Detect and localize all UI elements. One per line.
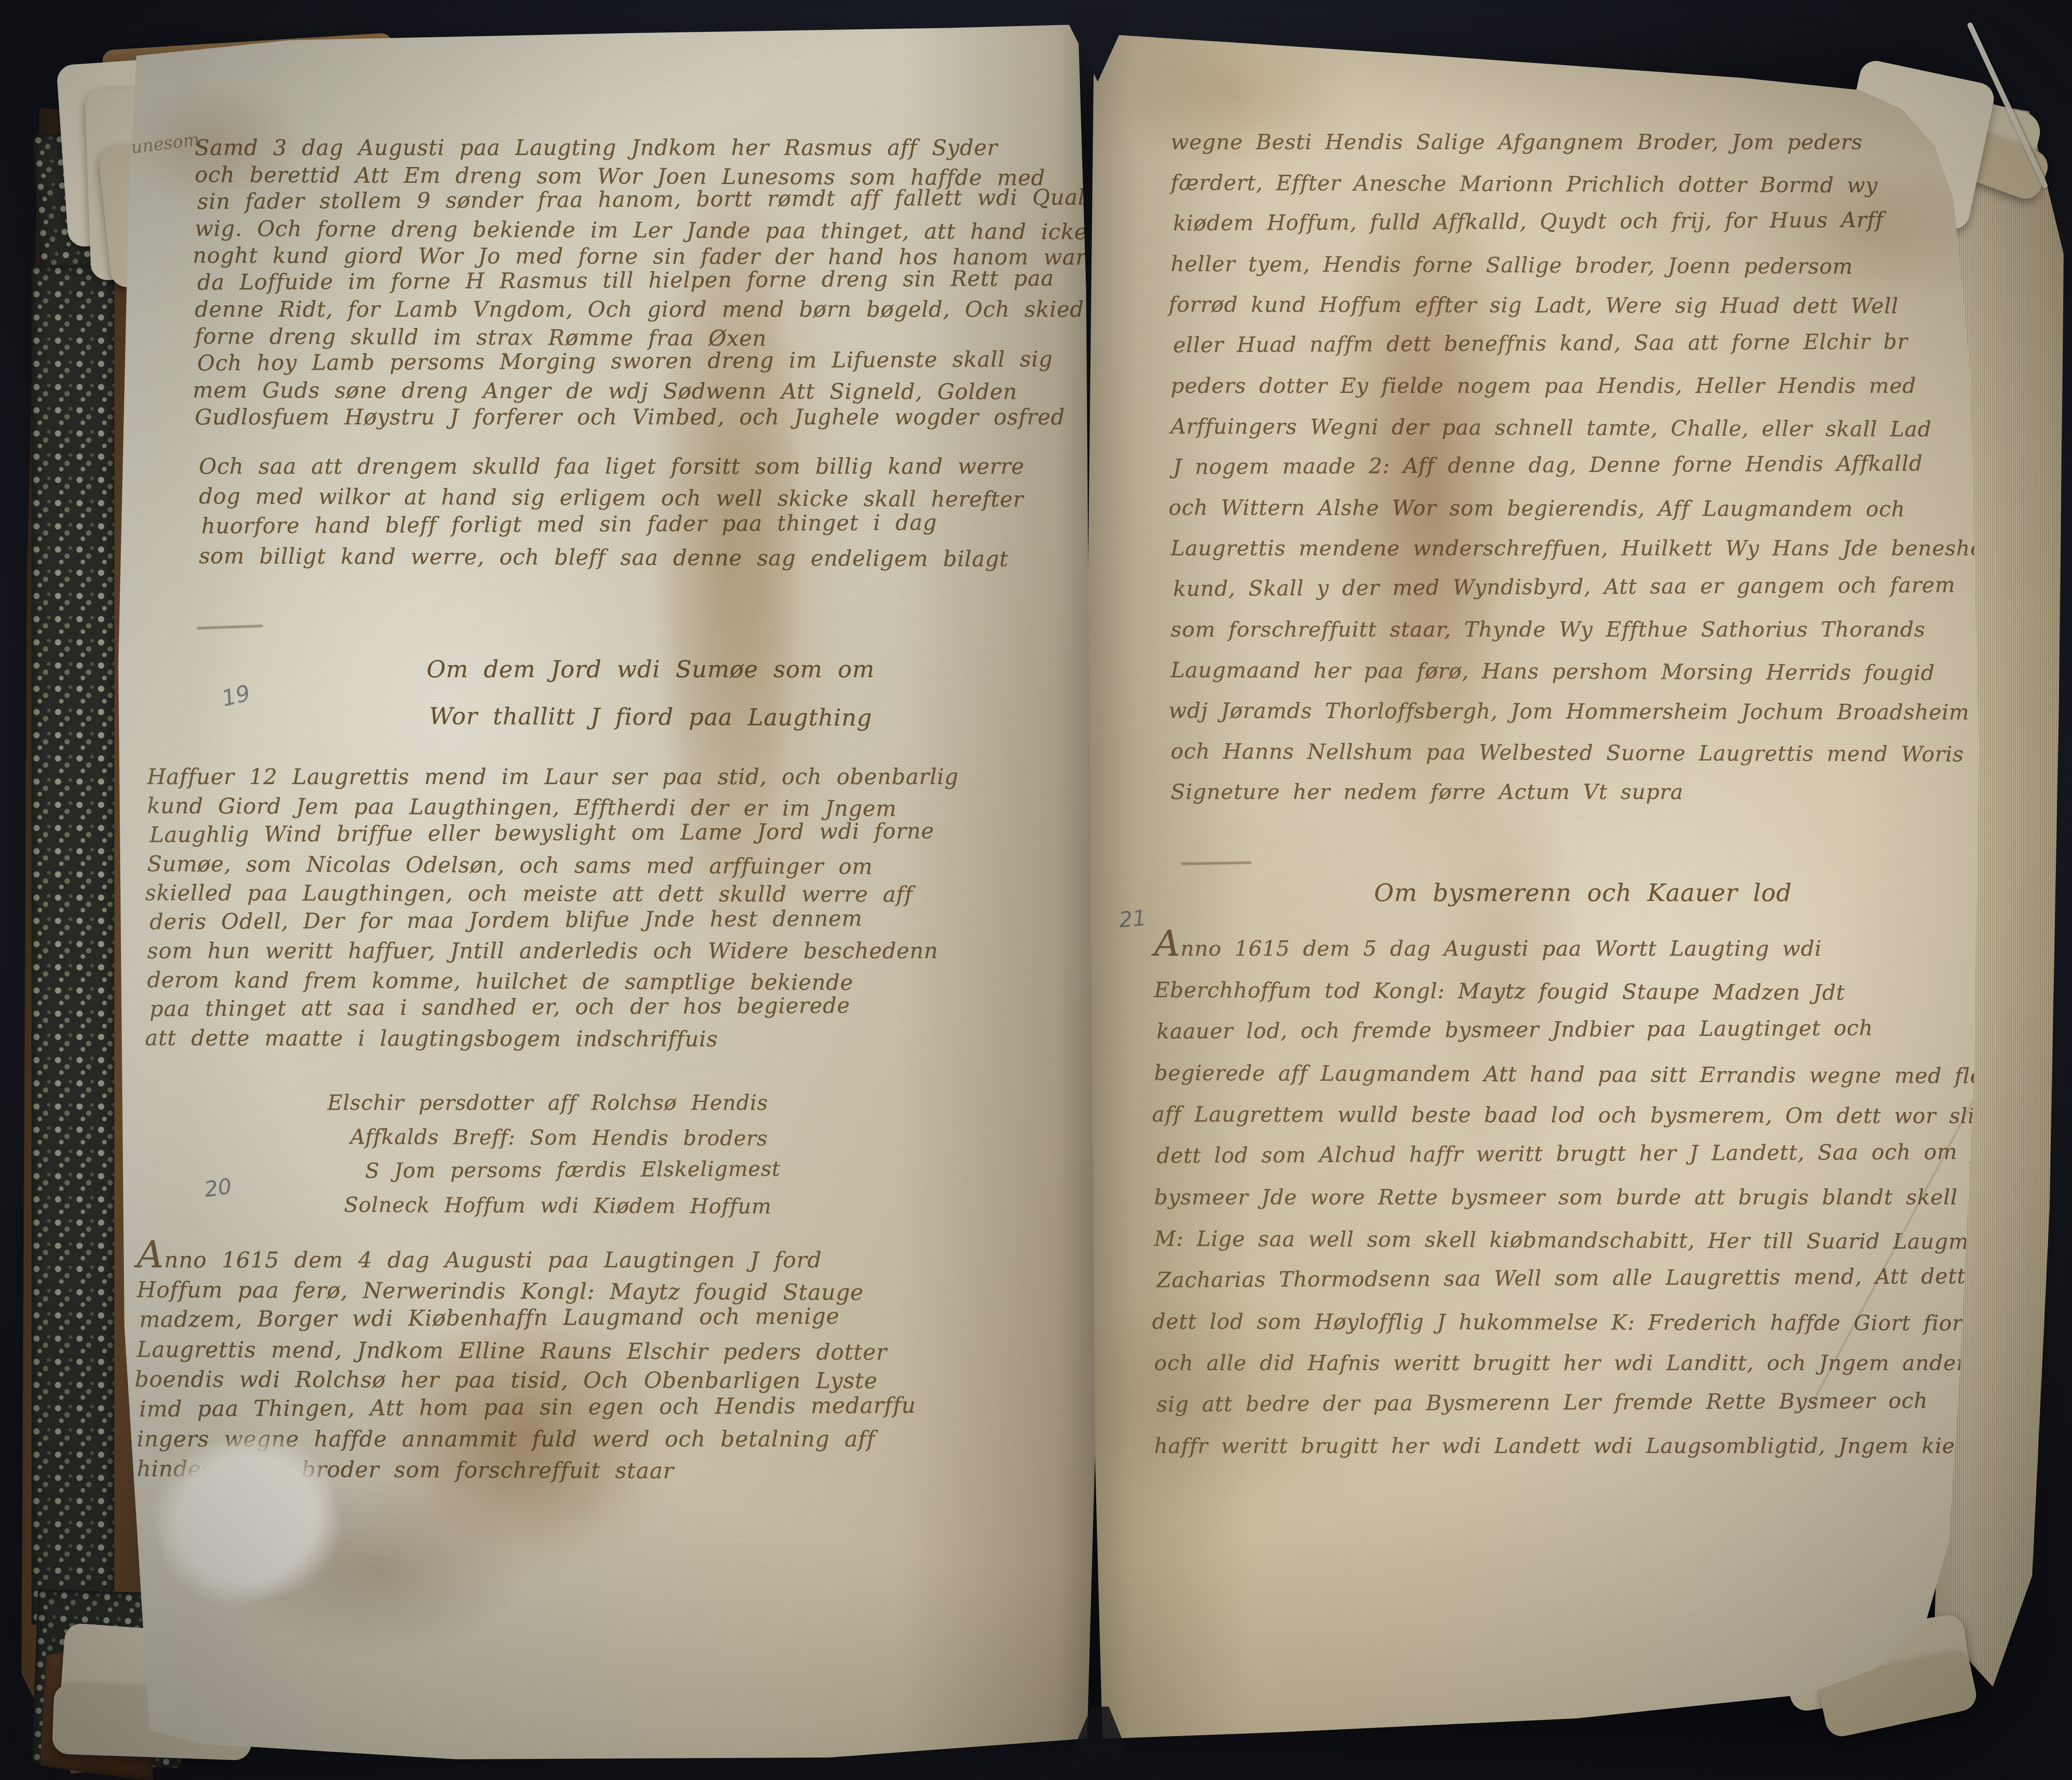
manuscript-line: wdj Jøramds Thorloffsbergh, Jom Hommersh… — [1169, 691, 1964, 733]
manuscript-line: Och saa att drengem skulld faa liget for… — [199, 452, 1065, 482]
pencil-entry-number: 21 — [1118, 906, 1147, 933]
manuscript-line: bysmeer Jde wore Rette bysmeer som burde… — [1154, 1177, 1983, 1218]
manuscript-line: Wor thallitt J fiord paa Laugthing — [327, 693, 974, 742]
manuscript-line: paa thinget att saa i sandhed er, och de… — [150, 990, 1061, 1024]
manuscript-line: sig att bedre der paa Bysmerenn Ler frem… — [1157, 1380, 1985, 1426]
manuscript-anno-paragraph: Anno 1615 dem 4 dag Augusti paa Laugting… — [137, 1239, 1086, 1484]
manuscript-paragraph: Haffuer 12 Laugrettis mend im Laur ser p… — [147, 763, 1059, 1053]
manuscript-line: dett lod som Høylofflig J hukommelse K: … — [1152, 1301, 1981, 1344]
manuscript-line: imd paa Thingen, Att hom paa sin egen oc… — [139, 1390, 1088, 1424]
pencil-entry-number: 19 — [219, 680, 253, 712]
manuscript-line: dett lod som Alchud haffr weritt brugtt … — [1157, 1131, 1985, 1177]
manuscript-line: och alle did Hafnis weritt brugitt her w… — [1154, 1343, 1983, 1384]
manuscript-line: Laugrettis mend, Jndkom Elline Rauns Els… — [137, 1335, 1086, 1368]
manuscript-line: Affkalds Breff: Som Hendis broders — [350, 1120, 957, 1156]
ink-divider-stroke — [1181, 862, 1251, 865]
manuscript-line: och Wittern Alshe Wor som begierendis, A… — [1169, 488, 1964, 530]
manuscript-line: Signeture her nedem førre Actum Vt supra — [1171, 772, 1966, 813]
manuscript-line: Laughlig Wind briffue eller bewyslight o… — [150, 816, 1061, 850]
manuscript-line: Zacharias Thormodsenn saa Well som alle … — [1157, 1256, 1985, 1301]
manuscript-line: och Hanns Nellshum paa Welbested Suorne … — [1171, 731, 1966, 775]
manuscript-line: Gudlosfuem Høystru J forferer och Vimbed… — [195, 404, 1065, 431]
pencil-entry-number: 20 — [203, 1174, 233, 1203]
manuscript-paragraph: Och saa att drengem skulld faa liget for… — [199, 452, 1065, 571]
manuscript-line: som forschreffuitt staar, Thynde Wy Efft… — [1171, 610, 1966, 650]
manuscript-line: Solneck Hoffum wdi Kiødem Hoffum — [344, 1188, 957, 1224]
manuscript-line: eller Huad naffm dett beneffnis kand, Sa… — [1173, 322, 1969, 366]
manuscript-line: som billigt kand werre, och bleff saa de… — [199, 541, 1065, 574]
manuscript-line: hindes kiere broder som forschreffuit st… — [137, 1454, 1086, 1488]
left-page: Lunesom 19 20 Samd 3 dag Augusti paa Lau… — [95, 23, 1098, 1759]
manuscript-line: kaauer lod, och fremde bysmeer Jndbier p… — [1157, 1007, 1985, 1053]
manuscript-line: att dette maatte i laugtingsbogem indsch… — [145, 1024, 1057, 1055]
entry-heading: Om bysmerenn och Kaauer lod — [1218, 879, 1948, 907]
manuscript-line: aff Laugrettem wulld beste baad lod och … — [1152, 1094, 1981, 1137]
right-page: 13 21 wegne Besti Hendis Salige Afgangne… — [1086, 25, 2014, 1741]
entry-heading: Om dem Jord wdi Sumøe som omWor thallitt… — [327, 647, 974, 739]
manuscript-line: Elschir persdotter aff Rolchsø Hendis — [327, 1086, 957, 1120]
manuscript-line: Laugmaand her paa førø, Hans pershom Mor… — [1171, 650, 1966, 694]
manuscript-line: Samd 3 dag Augusti paa Laugting Jndkom h… — [195, 135, 1065, 162]
manuscript-line: Anno 1615 dem 4 dag Augusti paa Laugting… — [137, 1239, 1086, 1275]
manuscript-line: da Loffuide im forne H Rasmus till hielp… — [197, 265, 1067, 296]
manuscript-line: Om dem Jord wdi Sumøe som om — [327, 647, 974, 693]
manuscript-line: Och hoy Lamb persoms Morging sworen dren… — [197, 346, 1067, 377]
manuscript-line: ingers wegne haffde annammit fuld werd o… — [137, 1424, 1086, 1454]
manuscript-line: sin fader stollem 9 sønder fraa hanom, b… — [197, 184, 1067, 216]
manuscript-line: S Jom persoms færdis Elskeligmest — [365, 1151, 960, 1188]
manuscript-line: wegne Besti Hendis Salige Afgangnem Brod… — [1171, 122, 1966, 163]
marbled-board-edge — [31, 265, 114, 1625]
manuscript-line: peders dotter Ey fielde nogem paa Hendis… — [1171, 366, 1966, 407]
manuscript-line: mem Guds søne dreng Anger de wdj Sødwenn… — [193, 377, 1063, 406]
manuscript-line: Laugrettis mendene wnderschreffuen, Huil… — [1171, 528, 1966, 569]
manuscript-line: forrød kund Hoffum effter sig Ladt, Were… — [1169, 285, 1964, 327]
manuscript-line: wig. Och forne dreng bekiende im Ler Jan… — [195, 216, 1065, 246]
manuscript-line: Haffuer 12 Laugrettis mend im Laur ser p… — [147, 763, 1059, 792]
manuscript-line: J nogem maade 2: Aff denne dag, Denne fo… — [1173, 443, 1969, 488]
manuscript-anno-paragraph: Anno 1615 dem 5 dag Augusti paa Wortt La… — [1154, 928, 1983, 1467]
manuscript-line: som hun weritt haffuer, Jntill anderledi… — [147, 937, 1059, 966]
manuscript-line: denne Ridt, for Lamb Vngdom, Och giord m… — [195, 296, 1065, 323]
manuscript-line: Sumøe, som Nicolas Odelsøn, och sams med… — [147, 850, 1059, 882]
manuscript-paragraph: wegne Besti Hendis Salige Afgangnem Brod… — [1171, 122, 1966, 813]
manuscript-line: begierede aff Laugmandem Att hand paa si… — [1154, 1053, 1983, 1097]
manuscript-line: heller tyem, Hendis forne Sallige broder… — [1171, 244, 1966, 288]
manuscript-line: kiødem Hoffum, fulld Affkalld, Quydt och… — [1173, 200, 1969, 244]
ink-divider-stroke — [197, 625, 263, 630]
manuscript-line: deris Odell, Der for maa Jordem blifue J… — [150, 903, 1061, 937]
photo-backdrop: Lunesom 19 20 Samd 3 dag Augusti paa Lau… — [0, 0, 2072, 1780]
manuscript-line: haffr weritt brugitt her wdi Landett wdi… — [1154, 1426, 1983, 1467]
manuscript-line: kund, Skall y der med Wyndisbyrd, Att sa… — [1173, 565, 1969, 610]
manuscript-paragraph: Samd 3 dag Augusti paa Laugting Jndkom h… — [195, 135, 1065, 431]
manuscript-line: Om bysmerenn och Kaauer lod — [1218, 879, 1948, 907]
manuscript-line: Anno 1615 dem 5 dag Augusti paa Wortt La… — [1154, 928, 1983, 970]
manuscript-inset-note: Elschir persdotter aff Rolchsø HendisAff… — [327, 1086, 957, 1222]
manuscript-line: huorfore hand bleff forligt med sin fade… — [201, 507, 1067, 541]
manuscript-line: madzem, Borger wdi Kiøbenhaffn Laugmand … — [139, 1300, 1088, 1335]
